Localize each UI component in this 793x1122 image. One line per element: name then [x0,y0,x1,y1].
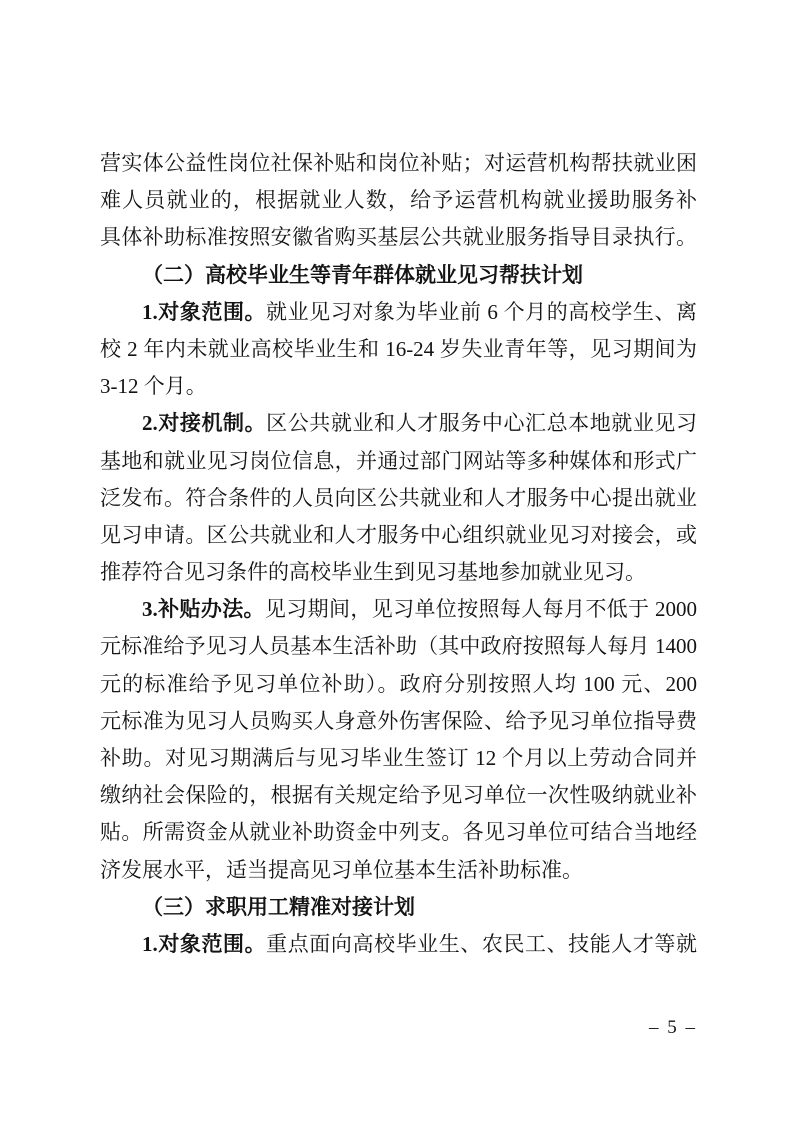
text-line: 补助。对见习期满后与见习毕业生签订 12 个月以上劳动合同并 [100,740,697,777]
line-text: 元标准给予见习人员基本生活补助（其中政府按照每人每月 1400 [100,634,697,658]
line-text: 见习期间，见习单位按照每人每月不低于 2000 [265,597,697,621]
line-text: 难人员就业的，根据就业人数，给予运营机构就业援助服务补助， [100,188,697,219]
paragraph-lead: 1.对象范围。 [142,932,266,956]
line-text: 具体补助标准按照安徽省购买基层公共就业服务指导目录执行。 [100,225,697,249]
text-line: 泛发布。符合条件的人员向区公共就业和人才服务中心提出就业 [100,480,697,517]
page-footer: – 5 – [0,1017,697,1039]
text-line: 校 2 年内未就业高校毕业生和 16-24 岁失业青年等，见习期间为 [100,331,697,368]
line-text: 元的标准给予见习单位补助）。政府分别按照人均 100 元、200 [100,672,697,696]
document-body: 营实体公益性岗位社保补贴和岗位补贴；对运营机构帮扶就业困难人员就业的，根据就业人… [100,145,697,963]
line-text: 3-12 个月。 [100,374,207,398]
paragraph-lead: 1.对象范围。 [142,300,266,324]
line-text: （三）求职用工精准对接计划 [142,895,415,919]
line-text: 校 2 年内未就业高校毕业生和 16-24 岁失业青年等，见习期间为 [100,337,697,361]
line-text: 营实体公益性岗位社保补贴和岗位补贴；对运营机构帮扶就业困 [100,151,697,175]
text-line: 具体补助标准按照安徽省购买基层公共就业服务指导目录执行。 [100,219,697,256]
line-text: 推荐符合见习条件的高校毕业生到见习基地参加就业见习。 [100,560,646,584]
text-line: 元标准为见习人员购买人身意外伤害保险、给予见习单位指导费 [100,703,697,740]
text-line: 济发展水平，适当提高见习单位基本生活补助标准。 [100,852,697,889]
line-text: 区公共就业和人才服务中心汇总本地就业见习 [266,411,697,435]
line-text: 泛发布。符合条件的人员向区公共就业和人才服务中心提出就业 [100,486,697,510]
document-page: 营实体公益性岗位社保补贴和岗位补贴；对运营机构帮扶就业困难人员就业的，根据就业人… [0,0,793,1122]
text-line: 难人员就业的，根据就业人数，给予运营机构就业援助服务补助， [100,182,697,219]
text-line: 1.对象范围。重点面向高校毕业生、农民工、技能人才等就 [100,926,697,963]
text-line: 元的标准给予见习单位补助）。政府分别按照人均 100 元、200 [100,666,697,703]
paragraph-lead: 2.对接机制。 [142,411,266,435]
line-text: 基地和就业见习岗位信息，并通过部门网站等多种媒体和形式广 [100,449,697,473]
text-line: 3.补贴办法。见习期间，见习单位按照每人每月不低于 2000 [100,591,697,628]
line-text: （二）高校毕业生等青年群体就业见习帮扶计划 [142,263,583,287]
section-heading: （二）高校毕业生等青年群体就业见习帮扶计划 [100,257,697,294]
line-text: 就业见习对象为毕业前 6 个月的高校学生、离 [266,300,697,324]
line-text: 贴。所需资金从就业补助资金中列支。各见习单位可结合当地经 [100,820,697,844]
text-line: 元标准给予见习人员基本生活补助（其中政府按照每人每月 1400 [100,628,697,665]
line-text: 元标准为见习人员购买人身意外伤害保险、给予见习单位指导费 [100,709,697,733]
text-line: 2.对接机制。区公共就业和人才服务中心汇总本地就业见习 [100,405,697,442]
line-text: 见习申请。区公共就业和人才服务中心组织就业见习对接会，或 [100,523,697,547]
page-number: – 5 – [649,1017,697,1038]
text-line: 1.对象范围。就业见习对象为毕业前 6 个月的高校学生、离 [100,294,697,331]
line-text: 济发展水平，适当提高见习单位基本生活补助标准。 [100,858,583,882]
text-line: 推荐符合见习条件的高校毕业生到见习基地参加就业见习。 [100,554,697,591]
line-text: 重点面向高校毕业生、农民工、技能人才等就 [266,932,697,956]
text-line: 贴。所需资金从就业补助资金中列支。各见习单位可结合当地经 [100,814,697,851]
line-text: 缴纳社会保险的，根据有关规定给予见习单位一次性吸纳就业补 [100,783,697,807]
text-line: 营实体公益性岗位社保补贴和岗位补贴；对运营机构帮扶就业困 [100,145,697,182]
line-text: 补助。对见习期满后与见习毕业生签订 12 个月以上劳动合同并 [100,746,697,770]
text-line: 基地和就业见习岗位信息，并通过部门网站等多种媒体和形式广 [100,443,697,480]
text-line: 缴纳社会保险的，根据有关规定给予见习单位一次性吸纳就业补 [100,777,697,814]
section-heading: （三）求职用工精准对接计划 [100,889,697,926]
paragraph-lead: 3.补贴办法。 [142,597,265,621]
text-line: 3-12 个月。 [100,368,697,405]
text-line: 见习申请。区公共就业和人才服务中心组织就业见习对接会，或 [100,517,697,554]
